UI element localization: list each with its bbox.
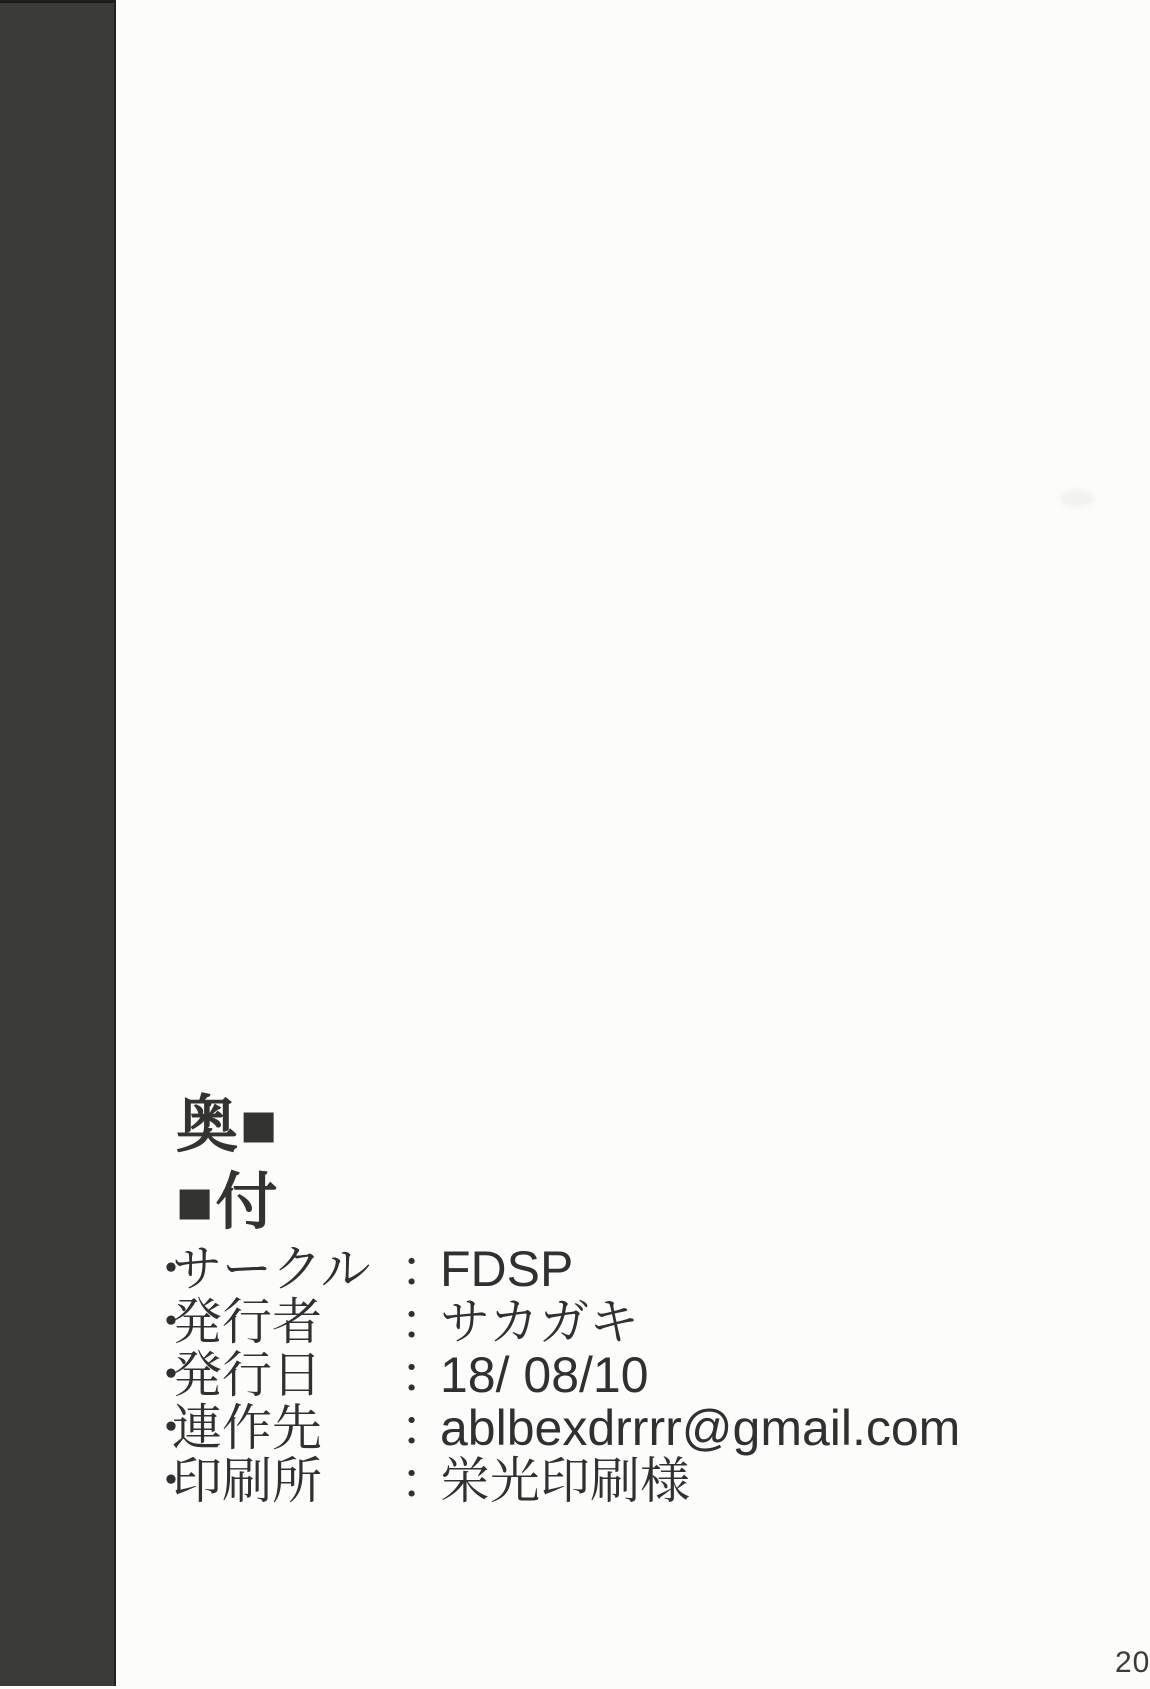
colophon-list: ・サークル：FDSP ・発行者：サカガキ ・発行日：18/ 08/10 ・連作先…: [146, 1243, 960, 1508]
colon-separator: ：: [400, 1243, 440, 1296]
colon-separator: ：: [400, 1455, 440, 1508]
colophon-row-contact: ・連作先：ablbexdrrrr@gmail.com: [146, 1402, 960, 1455]
colophon-title: 奥■■付: [176, 1087, 279, 1241]
colon-separator: ：: [400, 1349, 440, 1402]
colon-separator: ：: [400, 1402, 440, 1455]
bullet-icon: ・: [146, 1402, 172, 1455]
contact-label: 連作先: [172, 1402, 400, 1455]
left-dark-gutter-bar: [0, 0, 116, 1686]
circle-label: サークル: [172, 1243, 400, 1296]
publish-date-label: 発行日: [172, 1349, 400, 1402]
scan-artifact: [1062, 492, 1092, 505]
page-number: 20: [1115, 1646, 1150, 1680]
publisher-label: 発行者: [172, 1296, 400, 1349]
colophon-row-publisher: ・発行者：サカガキ: [146, 1296, 960, 1349]
colophon-title-line2: ■付: [176, 1168, 279, 1237]
contact-email-value: ablbexdrrrr@gmail.com: [440, 1400, 960, 1456]
printer-label: 印刷所: [172, 1455, 400, 1508]
bullet-icon: ・: [146, 1349, 172, 1402]
colophon-title-line1: 奥■: [176, 1091, 279, 1160]
publish-date-value: 18/ 08/10: [440, 1347, 649, 1403]
bullet-icon: ・: [146, 1455, 172, 1508]
publisher-value: サカガキ: [440, 1294, 639, 1350]
bullet-icon: ・: [146, 1243, 172, 1296]
circle-value: FDSP: [440, 1241, 573, 1297]
colophon-row-printer: ・印刷所：栄光印刷様: [146, 1455, 960, 1508]
bullet-icon: ・: [146, 1296, 172, 1349]
printer-value: 栄光印刷様: [440, 1453, 690, 1509]
colophon-row-circle: ・サークル：FDSP: [146, 1243, 960, 1296]
colophon-row-publish-date: ・発行日：18/ 08/10: [146, 1349, 960, 1402]
colon-separator: ：: [400, 1296, 440, 1349]
